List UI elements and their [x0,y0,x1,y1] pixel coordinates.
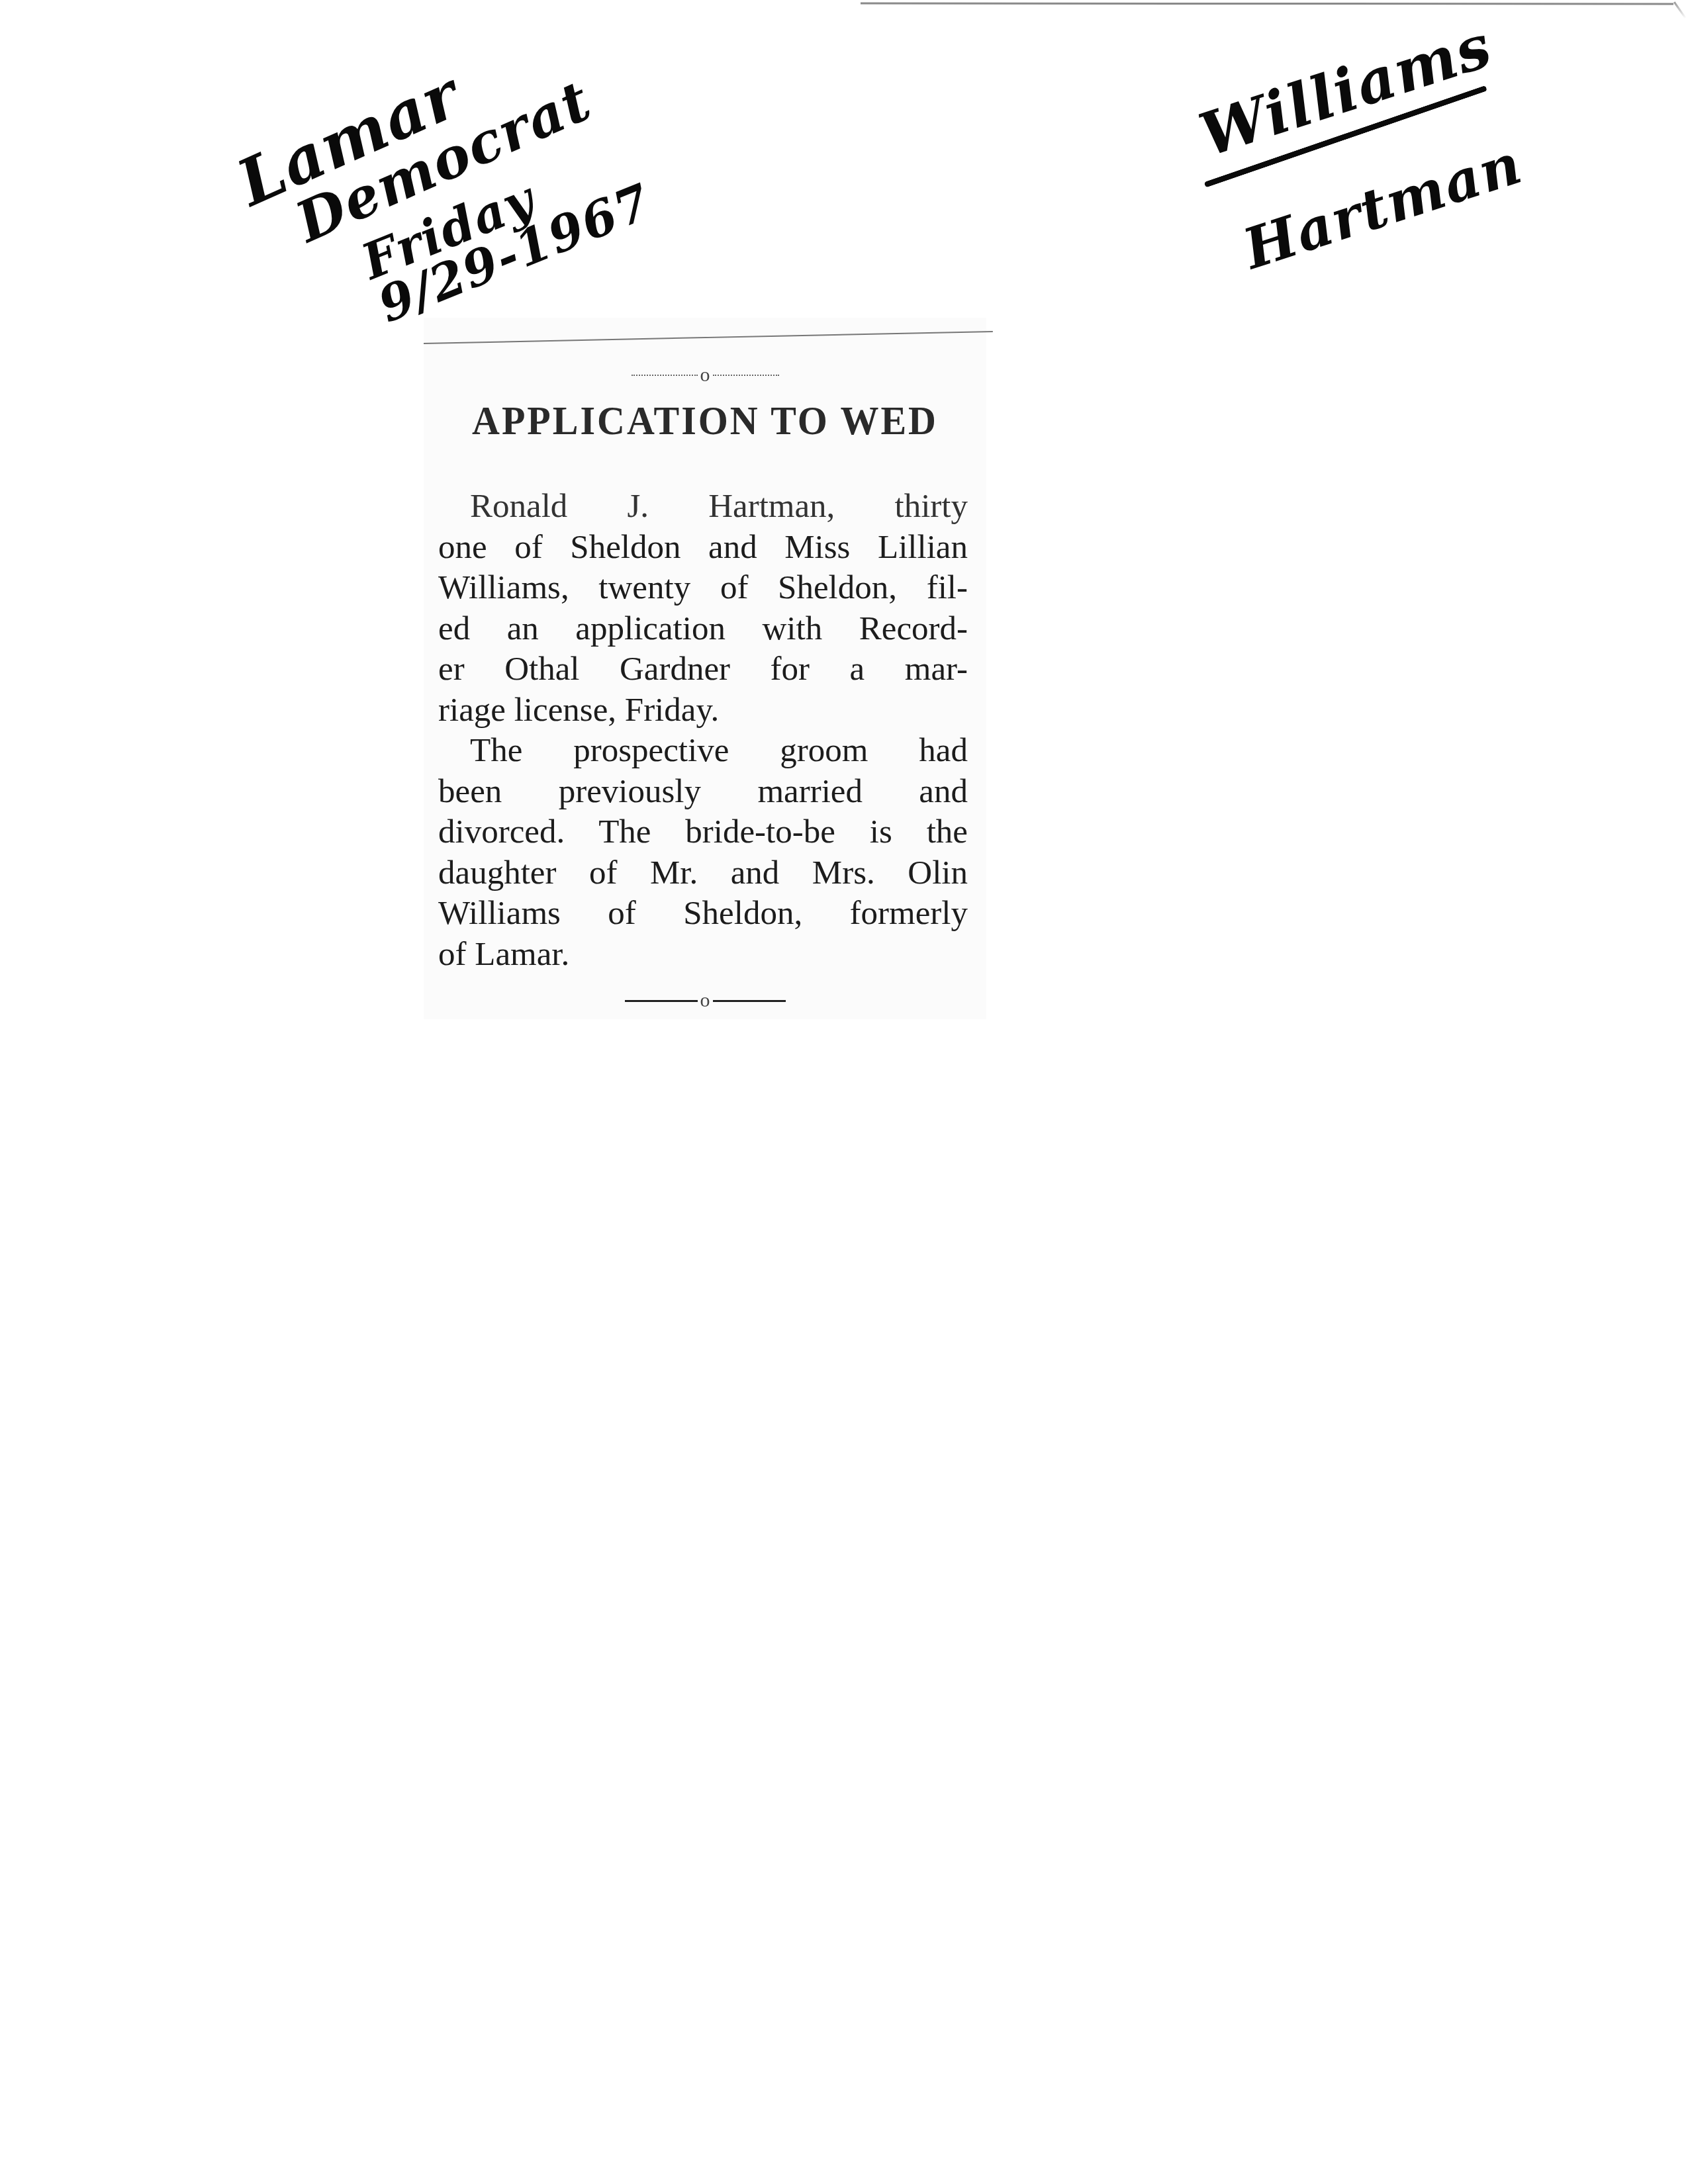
article-line: of Lamar. [438,934,968,976]
article-body: Ronald J. Hartman, thirty one of Sheldon… [438,486,968,975]
separator-ring-icon: o [700,991,710,1011]
handwritten-source-note: Lamar Democrat Friday 9/29-1967 [248,53,619,291]
separator-rule-left [632,375,698,376]
article-line: been previously married and [438,772,968,813]
clipping-cut-edge [424,331,993,344]
article-line: Williams of Sheldon, formerly [438,893,968,934]
article-line: one of Sheldon and Miss Lillian [438,527,968,569]
separator-ring-icon: o [700,365,710,385]
separator-rule-right [713,1000,786,1002]
article-line: daughter of Mr. and Mrs. Olin [438,853,968,894]
article-line: divorced. The bride-to-be is the [438,812,968,853]
article-line: The prospective groom had [438,731,968,772]
separator-rule-left [625,1000,698,1002]
article-line: er Othal Gardner for a mar- [438,649,968,690]
newspaper-clipping: o APPLICATION TO WED Ronald J. Hartman, … [424,318,986,1019]
scan-edge [861,2,1673,5]
article-line: riage license, Friday. [438,690,968,731]
article-headline: APPLICATION TO WED [424,397,986,443]
scan-corner [1673,1,1687,19]
bottom-separator: o [424,989,986,1011]
handwritten-surname-bride: Williams [1193,15,1499,165]
article-line: Ronald J. Hartman, thirty [438,486,968,527]
handwritten-surnames-note: Williams Hartman [1198,66,1503,251]
top-separator: o [424,364,986,385]
separator-rule-right [713,375,779,376]
article-line: Williams, twenty of Sheldon, fil- [438,568,968,609]
article-line: ed an application with Record- [438,609,968,650]
